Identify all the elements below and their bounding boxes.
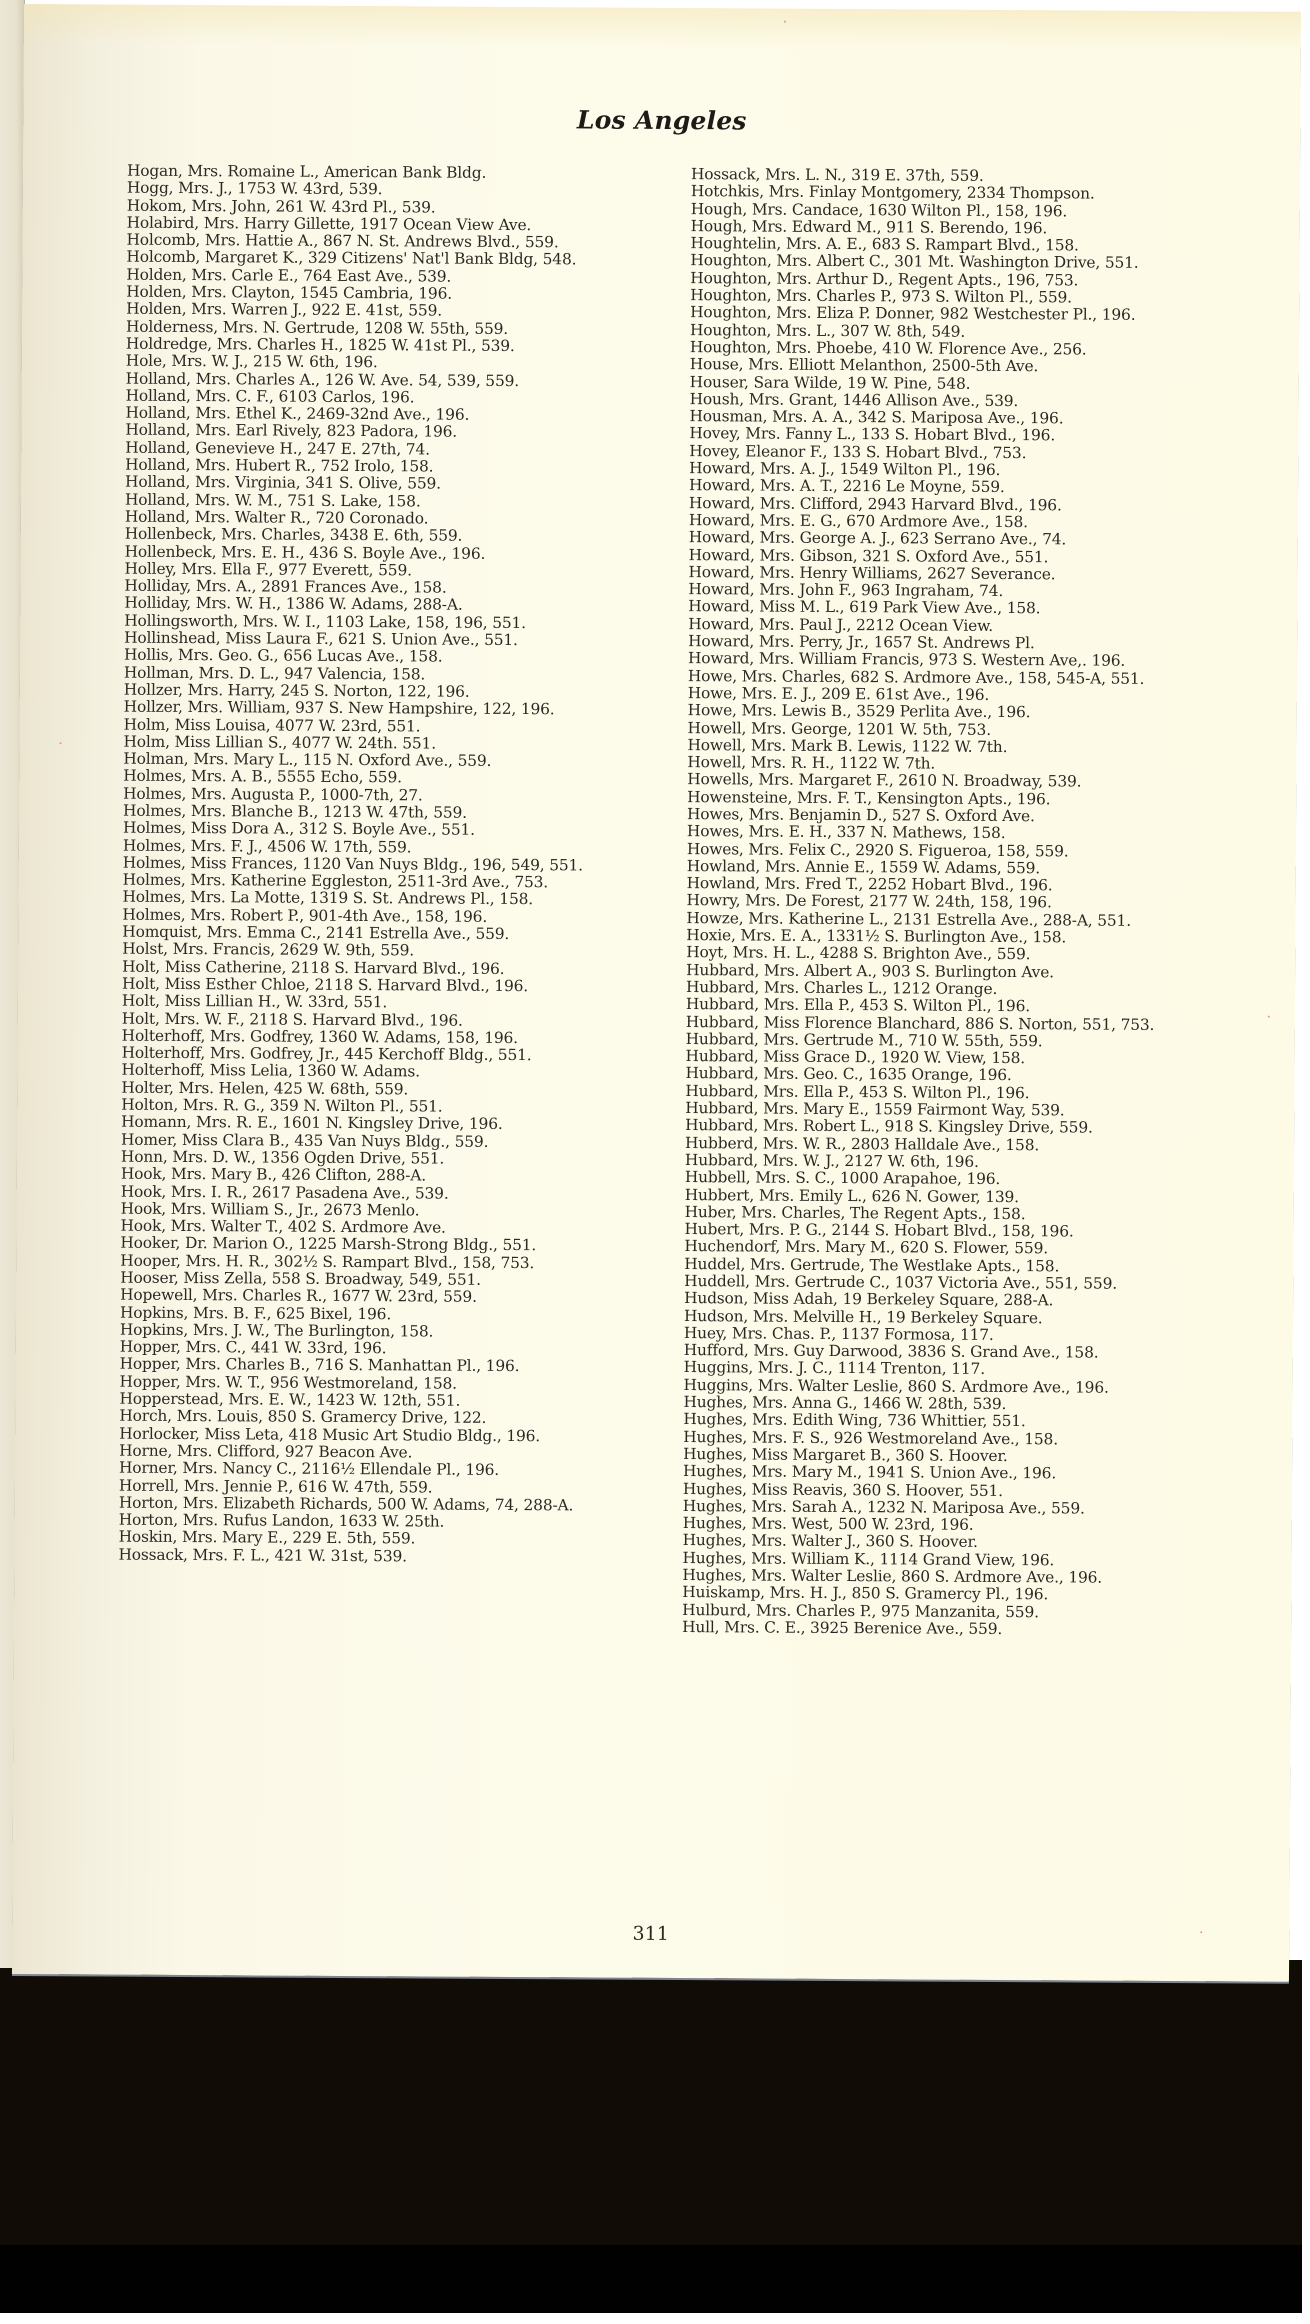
- page-number: 311: [12, 1919, 1289, 1949]
- paper-speck: [59, 742, 61, 744]
- right-column: Hossack, Mrs. L. N., 319 E. 37th, 559.Ho…: [682, 166, 1247, 1640]
- directory-entry: Hull, Mrs. C. E., 3925 Berenice Ave., 55…: [682, 1619, 1238, 1640]
- paper-speck: [784, 21, 786, 23]
- scanned-book-page: Los Angeles Hogan, Mrs. Romaine L., Amer…: [0, 0, 1310, 2324]
- directory-page: Los Angeles Hogan, Mrs. Romaine L., Amer…: [12, 4, 1301, 1982]
- directory-entry: Hossack, Mrs. F. L., 421 W. 31st, 539.: [118, 1546, 668, 1567]
- paper-speck: [1200, 1931, 1202, 1933]
- paper-speck: [1268, 1016, 1270, 1018]
- running-head: Los Angeles: [23, 102, 1300, 139]
- left-column: Hogan, Mrs. Romaine L., American Bank Bl…: [118, 163, 677, 1567]
- scanner-background-edge: [0, 2245, 1302, 2313]
